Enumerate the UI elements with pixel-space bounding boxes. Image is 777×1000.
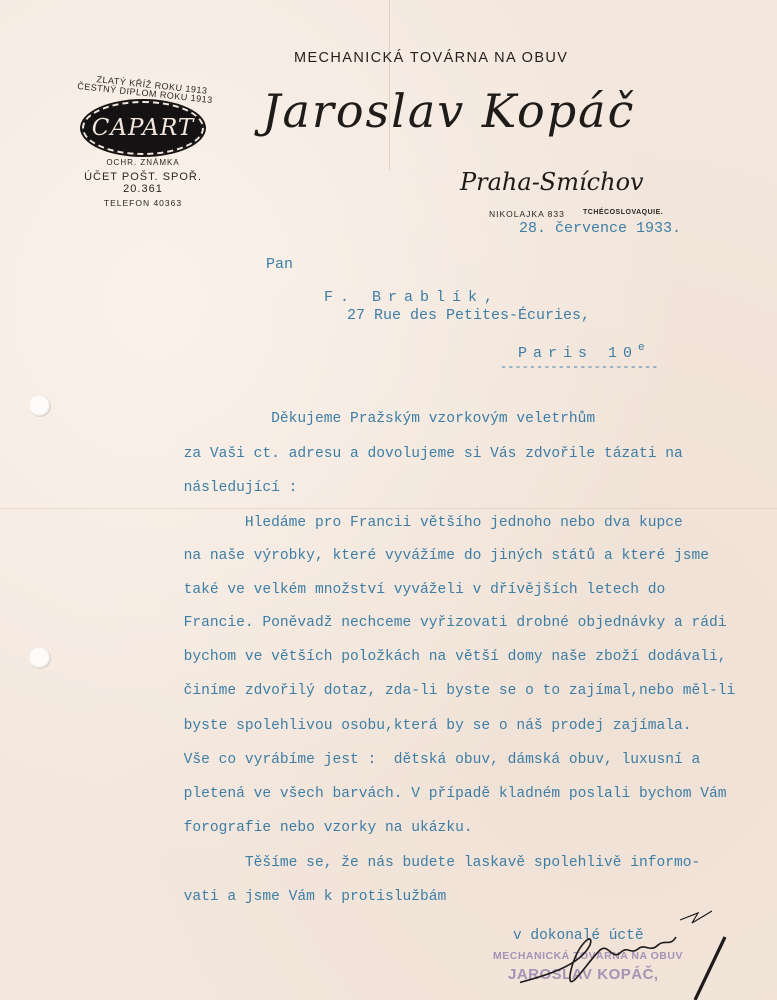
trademark-label: OCHR. ZNÁMKA [68,158,218,167]
postal-account: ÚČET POŠT. SPOŘ. 20.361 [68,171,218,195]
body-line: za Vaši ct. adresu a dovolujeme si Vás z… [96,446,683,462]
letter-date: 28. července 1933. [519,220,681,237]
sender-city: Praha-Smíchov [460,168,644,196]
salutation: Pan [266,256,293,273]
body-line: Vše co vyrábíme jest : dětská obuv, dáms… [96,752,700,768]
punch-hole-bottom [29,647,51,669]
recipient-city-line: Paris 10e [518,342,645,362]
body-line: byste spolehlivou osobu,která by se o ná… [96,718,692,734]
sender-country: TCHÉCOSLOVAQUIE. [583,209,663,216]
body-line: Těšíme se, že nás budete laskavě spolehl… [96,855,700,871]
owner-name: Jaroslav Kopáč [262,84,635,138]
brand-oval: CAPART [82,101,204,155]
body-line: vati a jsme Vám k protislužbám [96,889,446,905]
body-line: pletená ve všech barvách. V případě klad… [96,786,727,802]
body-line: Děkujeme Pražským vzorkovým veletrhům [96,411,595,427]
body-line: forografie nebo vzorky na ukázku. [96,820,473,836]
brand-name: CAPART [92,115,194,141]
address-underline: ---------------------- [500,360,658,374]
handwritten-signature [520,905,750,1000]
body-line: na naše výrobky, které vyvážíme do jinýc… [96,548,709,564]
recipient-name: F. Brablík, [324,289,500,306]
sender-street: NIKOLAJKA 833 [489,209,565,219]
paper-fold-horizontal [0,508,777,509]
body-line: následující : [96,480,297,496]
body-line: také ve velkém množství vyváželi v dřívě… [96,582,665,598]
punch-hole-top [29,395,51,417]
body-line: činíme zdvořilý dotaz, zda-li byste se o… [96,683,735,699]
body-line: Hledáme pro Francii většího jednoho nebo… [96,515,683,531]
telephone: TELEFON 40363 [68,198,218,208]
arrondissement-suffix: e [638,342,645,354]
body-line: Francie. Poněvadž nechceme vyřizovati dr… [96,615,727,631]
body-line: bychom ve větších položkách na větší dom… [96,649,727,665]
recipient-street: 27 Rue des Petites-Écuries, [347,307,590,324]
company-logo: ZLATÝ KŘÍŽ ROKU 1913 ČESTNÝ DIPLOM ROKU … [68,80,218,208]
company-type: MECHANICKÁ TOVÁRNA NA OBUV [294,50,568,66]
